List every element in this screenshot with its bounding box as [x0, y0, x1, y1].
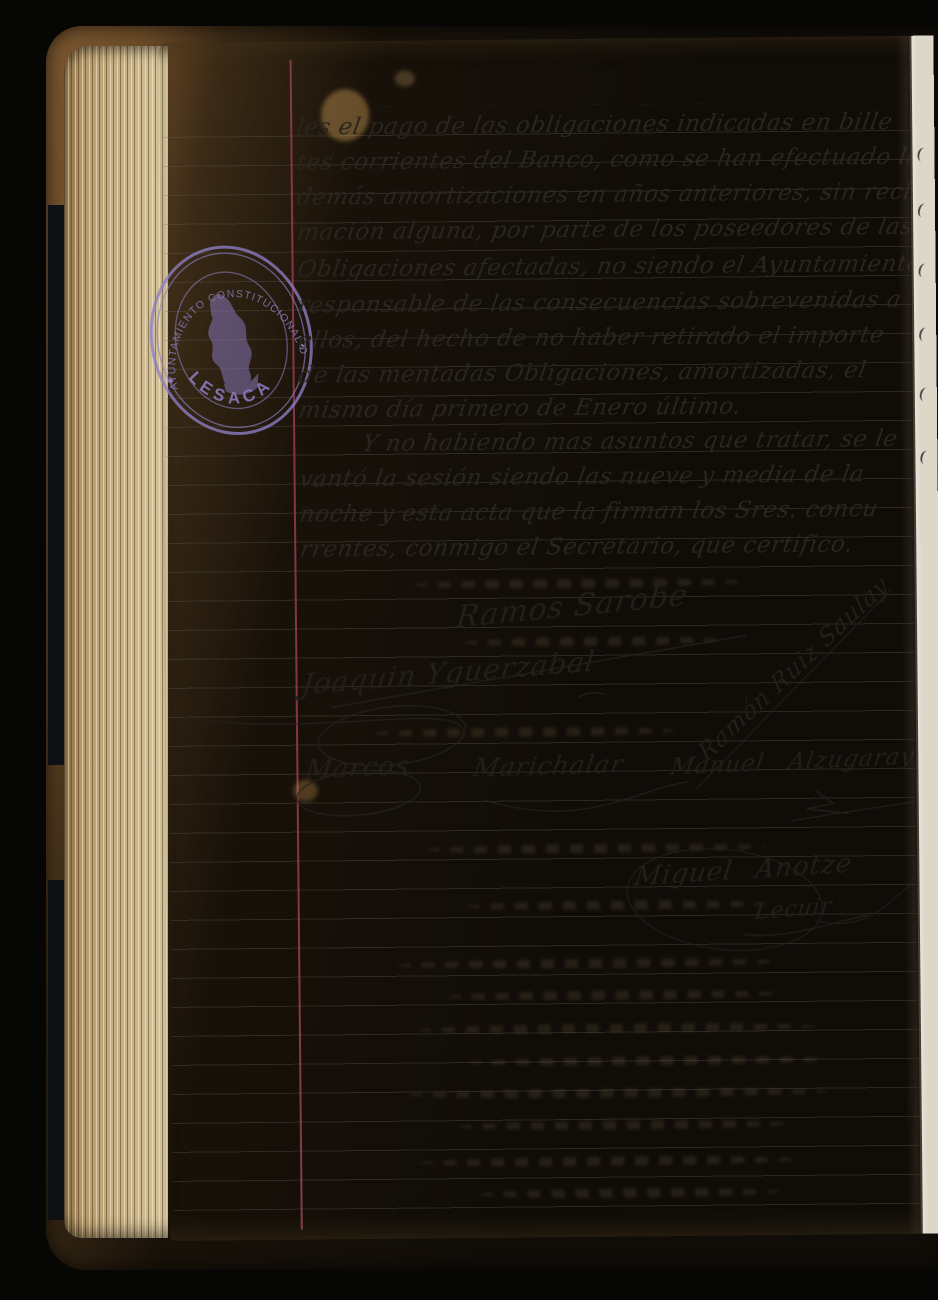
text-line: de las mentadas Obligaciones, amortizada… — [296, 357, 868, 388]
ink-fragment — [917, 263, 931, 279]
ink-stain — [395, 71, 415, 87]
page-edges-stack — [64, 46, 168, 1238]
text-line: rrentes, conmigo el Secretario, que cert… — [298, 531, 855, 562]
ink-fragment — [918, 387, 932, 403]
ink-fragment — [919, 450, 933, 466]
photo-backdrop: AYUNTAMIENTO CONSTITUCIONAL DE LESACA ◆ … — [0, 0, 938, 1300]
text-line: Y no habiendo mas asuntos que tratar, se… — [360, 426, 900, 457]
text-line: vantó la sesión siendo las nueve y media… — [297, 461, 866, 492]
text-line: mismo día primero de Enero último. — [297, 393, 744, 423]
ink-fragment — [918, 327, 932, 343]
signature-4: Marcos — [303, 751, 412, 786]
ink-fragment — [916, 147, 930, 163]
ledger-page: AYUNTAMIENTO CONSTITUCIONAL DE LESACA ◆ … — [158, 36, 938, 1241]
signature-5: Marichalar — [471, 749, 627, 782]
ink-fragment — [917, 203, 931, 219]
